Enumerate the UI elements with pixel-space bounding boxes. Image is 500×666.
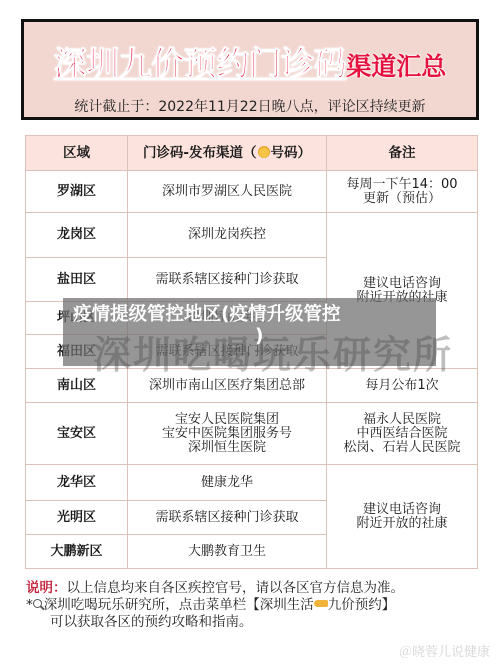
channel-cell: 深圳龙岗疾控 bbox=[128, 213, 327, 258]
footnotes: 说明：以上信息均来自各区疾控官号，请以各区官方信息为准。 *深圳吃喝玩乐研究所，… bbox=[26, 580, 404, 631]
channel-cell: 大鹏教育卫生 bbox=[128, 535, 327, 569]
header-region: 区域 bbox=[26, 136, 128, 171]
search-icon bbox=[33, 599, 44, 610]
caption-overlay: 深圳吃喝玩乐研究所 疫情提级管控地区(疫情升级管控 ) bbox=[63, 298, 436, 366]
region-cell: 龙华区 bbox=[26, 465, 128, 501]
region-cell: 光明区 bbox=[26, 501, 128, 535]
corner-watermark: ＠晓蓉儿说健康 bbox=[399, 641, 490, 660]
channel-cell: 健康龙华 bbox=[128, 465, 327, 501]
channel-cell: 需联系辖区接种门诊获取 bbox=[128, 258, 327, 302]
title-sub: 渠道汇总 bbox=[346, 52, 446, 81]
channel-cell: 深圳市罗湖区人民医院 bbox=[128, 171, 327, 213]
note-line-2: *深圳吃喝玩乐研究所，点击菜单栏【深圳生活九价预约】 bbox=[26, 597, 404, 614]
note-line-3: 可以获取各区的预约攻略和指南。 bbox=[26, 614, 404, 631]
channel-cell: 需联系辖区接种门诊获取 bbox=[128, 501, 327, 535]
title-main: 深圳九价预约门诊码 bbox=[54, 44, 347, 83]
note-line-1: 说明：以上信息均来自各区疾控官号，请以各区官方信息为准。 bbox=[26, 580, 404, 597]
region-cell: 宝安区 bbox=[26, 403, 128, 465]
statistics-date: 统计截止于：2022年11月22日晚八点，评论区持续更新 bbox=[24, 96, 476, 116]
mini-program-emoji-icon bbox=[258, 146, 270, 158]
pointing-hand-icon bbox=[314, 600, 328, 607]
region-cell: 盐田区 bbox=[26, 258, 128, 302]
region-cell: 龙岗区 bbox=[26, 213, 128, 258]
note-cell: 每周一下午14：00更新（预估） bbox=[327, 171, 478, 213]
note-cell: 福永人民医院中西医结合医院松岗、石岩人民医院 bbox=[327, 403, 478, 465]
overlay-caption: 疫情提级管控地区(疫情升级管控 ) bbox=[73, 304, 436, 348]
table-row: 罗湖区 深圳市罗湖区人民医院 每周一下午14：00更新（预估） bbox=[26, 171, 478, 213]
page-title: 深圳九价预约门诊码渠道汇总 bbox=[24, 38, 476, 85]
title-banner: 深圳九价预约门诊码渠道汇总 统计截止于：2022年11月22日晚八点，评论区持续… bbox=[21, 19, 479, 120]
region-cell: 罗湖区 bbox=[26, 171, 128, 213]
note-label: 说明： bbox=[26, 580, 67, 596]
region-cell: 大鹏新区 bbox=[26, 535, 128, 569]
header-note: 备注 bbox=[327, 136, 478, 171]
table-header-row: 区域 门诊码-发布渠道（号码） 备注 bbox=[26, 136, 478, 171]
table-row: 龙华区 健康龙华 建议电话咨询附近开放的社康 bbox=[26, 465, 478, 501]
channel-cell: 宝安人民医院集团宝安中医院集团服务号深圳恒生医院 bbox=[128, 403, 327, 465]
table-row: 龙岗区 深圳龙岗疾控 建议电话咨询附近开放的社康 bbox=[26, 213, 478, 258]
header-channel: 门诊码-发布渠道（号码） bbox=[128, 136, 327, 171]
table-row: 宝安区 宝安人民医院集团宝安中医院集团服务号深圳恒生医院 福永人民医院中西医结合… bbox=[26, 403, 478, 465]
note-cell-merged: 建议电话咨询附近开放的社康 bbox=[327, 465, 478, 569]
